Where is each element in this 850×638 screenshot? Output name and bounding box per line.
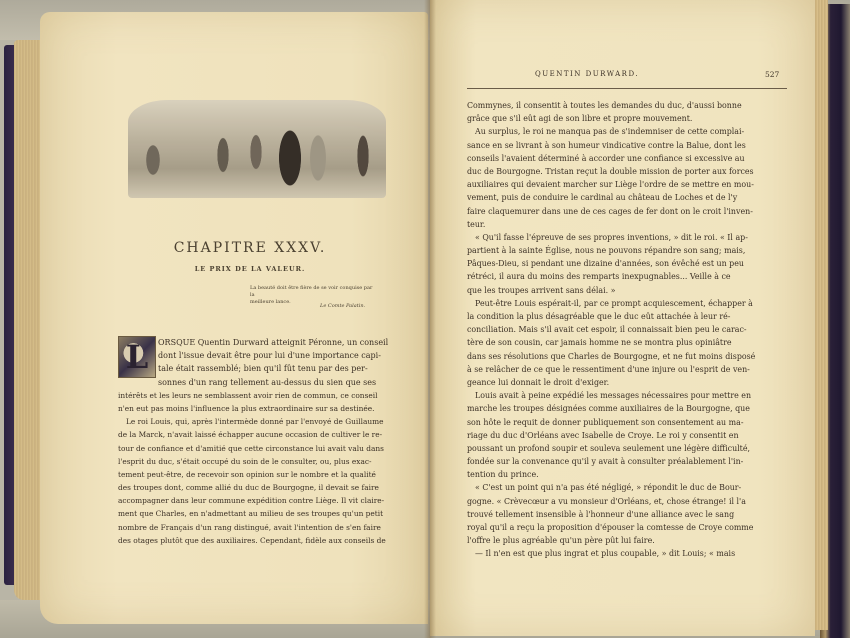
text-line: royal qu'il a reçu la proposition d'épou… [467,521,787,534]
text-line: poussant un profond soupir et souleva se… [467,442,787,455]
illuminated-dropcap: L [118,336,156,378]
page-number: 527 [765,70,779,79]
text-line: dans ses résolutions que Charles de Bour… [467,350,787,363]
text-line: fondée sur la convenance qu'il y avait à… [467,455,787,468]
text-line: tour de confiance et d'amitié que cette … [118,442,408,455]
left-page-body: ORSQUE Quentin Durward atteignit Péronne… [118,336,408,547]
text-line: conciliation. Mais s'il avait cet espoir… [467,323,787,336]
text-line: des troupes dont, comme allié du duc de … [118,481,408,494]
text-line: Au surplus, le roi ne manqua pas de s'in… [467,125,787,138]
text-line: gogne. « Crèvecœur a vu monsieur d'Orléa… [467,495,787,508]
text-line: geance lui donnait le droit d'exiger. [467,376,787,389]
text-line: — Il n'en est que plus ingrat et plus co… [467,547,787,560]
text-line: accompagner dans leur commune expédition… [118,494,408,507]
book-gutter [424,0,436,638]
text-line: l'esprit du duc, s'était occupé du soin … [118,455,408,468]
text-line: tement peut-être, de recevoir son opinio… [118,468,408,481]
text-line: n'en eut pas moins l'influence la plus e… [118,402,408,415]
header-rule [467,88,787,89]
text-line: « C'est un point qui n'a pas été négligé… [467,481,787,494]
text-line: l'offre le plus agréable qu'un père pût … [467,534,787,547]
chapter-title: CHAPITRE XXXV. [150,240,350,256]
text-line: à se relâcher de ce que le ressentiment … [467,363,787,376]
text-line: dont l'issue devait être pour lui d'une … [118,349,408,362]
text-line: sonnes d'un rang tellement au-dessus du … [118,376,408,389]
text-line: son hôte le requit de donner publiquemen… [467,416,787,429]
text-line: Pâques-Dieu, si pendant une dizaine d'an… [467,257,787,270]
text-line: Le roi Louis, qui, après l'intermède don… [118,415,408,428]
text-line: tention du prince. [467,468,787,481]
text-line: partient à la sainte Église, nous ne pou… [467,244,787,257]
epigraph-line: La beauté doit être fière de se voir con… [250,285,375,299]
text-line: sance en se livrant à son humeur vindica… [467,139,787,152]
text-line: ment que Charles, en n'admettant au mili… [118,507,408,520]
text-line: Louis avait à peine expédié les messages… [467,389,787,402]
text-line: vement, puis de conduire le cardinal au … [467,191,787,204]
text-line: rétréci, il aura du moins des remparts i… [467,270,787,283]
text-line: nombre de Français d'un rang distingué, … [118,521,408,534]
chapter-subtitle: LE PRIX DE LA VALEUR. [150,265,350,273]
epigraph-attribution: Le Comte Palatin. [320,303,365,309]
chapter-illustration [128,100,386,198]
text-line: ORSQUE Quentin Durward atteignit Péronne… [118,336,408,349]
text-line: que les troupes arrivent sans délai. » [467,284,787,297]
text-line: tale était rassemblé; bien qu'il fût ten… [118,362,408,375]
text-line: de la Marck, n'avait laissé échapper auc… [118,428,408,441]
text-line: intérêts et les leurs ne semblassent avo… [118,389,408,402]
text-line: auxiliaires qui devaient marcher sur Liè… [467,178,787,191]
text-line: teur. [467,218,787,231]
text-line: Peut-être Louis espérait-il, par ce prom… [467,297,787,310]
text-line: riage du duc d'Orléans avec Isabelle de … [467,429,787,442]
text-line: duc de Bourgogne. Tristan reçut la doubl… [467,165,787,178]
text-line: marche les troupes désignées comme auxil… [467,402,787,415]
text-line: trouvé tellement insensible à l'honneur … [467,508,787,521]
text-line: des otages plutôt que des auxiliaires. C… [118,534,408,547]
text-line: conseils l'avaient déterminé à accorder … [467,152,787,165]
text-line: grâce que s'il eût agi de son libre et p… [467,112,787,125]
text-line: tère de son cousin, car jamais homme ne … [467,336,787,349]
text-line: « Qu'il fasse l'épreuve de ses propres i… [467,231,787,244]
running-head: QUENTIN DURWARD. [535,70,639,78]
text-line: faire claquemurer dans une de ces cages … [467,205,787,218]
right-page-body: Commynes, il consentit à toutes les dema… [467,99,787,561]
text-line: la condition la plus désagréable que le … [467,310,787,323]
text-line: Commynes, il consentit à toutes les dema… [467,99,787,112]
